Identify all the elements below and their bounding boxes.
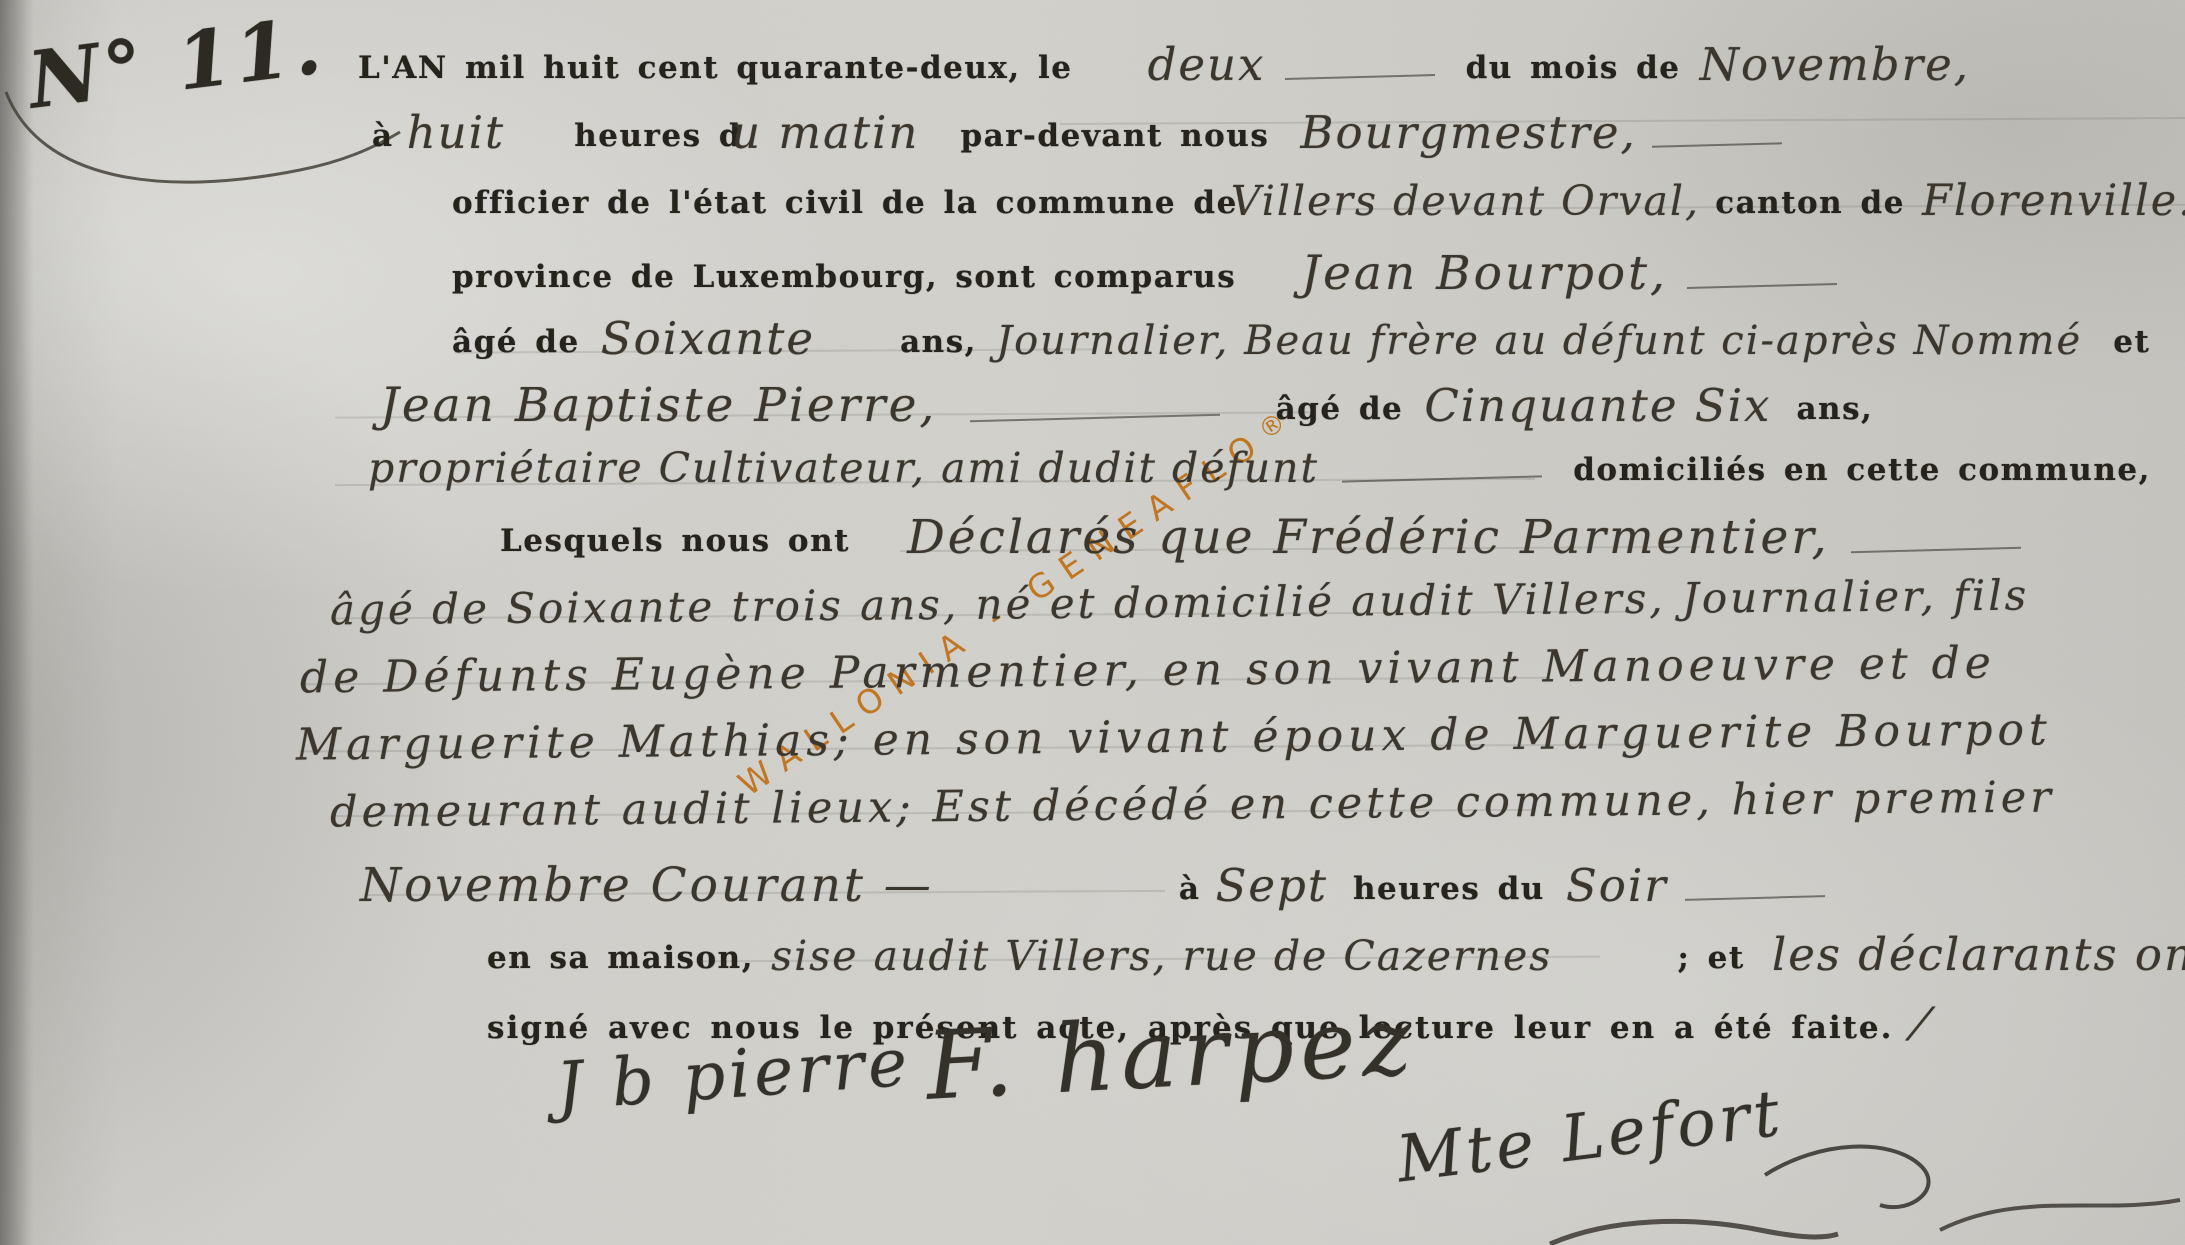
pen-stroke — [1851, 537, 2021, 553]
record-line-5: âgé de Soixante ans, Journalier, Beau fr… — [452, 310, 2150, 363]
handwritten-declarant1-name: Jean Bourpot, — [1301, 246, 1668, 301]
handwritten-canton: Florenville. — [1922, 176, 2185, 226]
pen-stroke — [1285, 64, 1435, 80]
handwritten-age: Soixante — [601, 312, 815, 365]
handwritten-officer-title: Bourgmestre, — [1300, 106, 1636, 159]
handwritten-declarant2-name: Jean Baptiste Pierre, — [380, 378, 937, 433]
pen-stroke — [1652, 132, 1782, 147]
printed-text: officier de l'état civil de la commune d… — [452, 185, 1238, 221]
record-line-9: âgé de Soixante trois ans, né et domicil… — [330, 569, 2030, 633]
printed-text: à — [372, 118, 394, 154]
handwritten-age2: Cinquante Six — [1424, 379, 1771, 432]
scanned-death-record-page: N° 11. WALLONIA - GENEAFLO® L'AN mil hui… — [0, 0, 2185, 1245]
signature-flourish-cutoff — [1540, 1216, 1840, 1245]
record-line-12: demeurant audit lieux; Est décédé en cet… — [330, 770, 2055, 835]
act-number: N° 11. — [24, 0, 330, 127]
record-line-4: province de Luxembourg, sont comparus Je… — [452, 244, 1837, 299]
handwritten-deceased-details: âgé de Soixante trois ans, né et domicil… — [330, 571, 2030, 635]
handwritten-death-statement: demeurant audit lieux; Est décédé en cet… — [330, 772, 2055, 837]
record-line-1: L'AN mil huit cent quarante-deux, le deu… — [358, 36, 1970, 89]
handwritten-hour: huit — [407, 106, 505, 159]
printed-text: province de Luxembourg, sont comparus — [452, 259, 1236, 295]
handwritten-occupation-relation: Journalier, Beau frère au défunt ci-aprè… — [996, 318, 2082, 364]
printed-text: en sa maison, — [487, 940, 754, 976]
printed-text: canton de — [1715, 185, 1905, 221]
handwritten-father-details: de Défunts Eugène Parmentier, en son viv… — [300, 638, 1996, 704]
printed-text: âgé de — [1276, 391, 1404, 427]
handwritten-death-month: Novembre Courant — — [360, 858, 934, 913]
handwritten-declarants-closing: les déclarants ont — [1772, 928, 2185, 981]
handwritten-occupation2: propriétaire Cultivateur, ami dudit défu… — [368, 444, 1319, 492]
pen-stroke — [1342, 465, 1542, 482]
printed-text: âgé de — [452, 324, 580, 360]
record-line-2: à huit heures d u matin par-devant nous … — [372, 104, 1782, 157]
record-line-6: Jean Baptiste Pierre, âgé de Cinquante S… — [380, 376, 1873, 431]
printed-text: heures du — [1353, 871, 1545, 907]
printed-text: ans, — [900, 324, 977, 360]
printed-text: ans, — [1796, 391, 1873, 427]
handwritten-death-daypart: Soir — [1566, 859, 1668, 912]
handwritten-death-hour: Sept — [1216, 859, 1328, 912]
handwritten-month: Novembre, — [1700, 38, 1970, 91]
printed-text: heures d — [574, 118, 742, 154]
record-line-7: propriétaire Cultivateur, ami dudit défu… — [368, 442, 2151, 490]
printed-text: ; et — [1677, 940, 1744, 976]
handwritten-day: deux — [1148, 38, 1266, 91]
handwritten-deceased-name: Déclarés que Frédéric Parmentier, — [907, 510, 1830, 565]
record-line-11: Marguerite Mathias; en son vivant époux … — [296, 702, 2052, 768]
record-line-13: Novembre Courant — à Sept heures du Soir — [360, 856, 1825, 911]
pen-stroke — [970, 404, 1220, 423]
printed-text: et — [2113, 324, 2150, 360]
record-line-10: de Défunts Eugène Parmentier, en son viv… — [300, 636, 1996, 702]
printed-text: L'AN mil huit cent quarante-deux, le — [358, 50, 1073, 86]
printed-text: domiciliés en cette commune, — [1573, 452, 2151, 488]
pen-stroke — [1687, 273, 1837, 289]
printed-text: à — [1179, 871, 1201, 907]
handwritten-mother-spouse-details: Marguerite Mathias; en son vivant époux … — [296, 704, 2052, 770]
signature-lefort-bourgmestre: Mte Lefort — [1393, 1077, 1787, 1198]
record-line-3: officier de l'état civil de la commune d… — [452, 174, 2185, 224]
handwritten-house-location: sise audit Villers, rue de Cazernes — [771, 932, 1552, 980]
record-content: N° 11. WALLONIA - GENEAFLO® L'AN mil hui… — [0, 0, 2185, 1245]
handwritten-daypart: u matin — [731, 106, 919, 159]
pen-stroke — [1685, 885, 1825, 901]
printed-text: du mois de — [1466, 50, 1681, 86]
record-line-8: Lesquels nous ont Déclarés que Frédéric … — [500, 508, 2021, 563]
printed-text: Lesquels nous ont — [500, 523, 850, 559]
record-line-14: en sa maison, sise audit Villers, rue de… — [487, 926, 2185, 979]
handwritten-commune: Villers devant Orval, — [1231, 177, 1700, 225]
signature-flourish-bottom-right — [1760, 1120, 2185, 1245]
printed-text: par-devant nous — [960, 118, 1269, 154]
pen-flourish: ⁄ — [1917, 998, 1927, 1051]
